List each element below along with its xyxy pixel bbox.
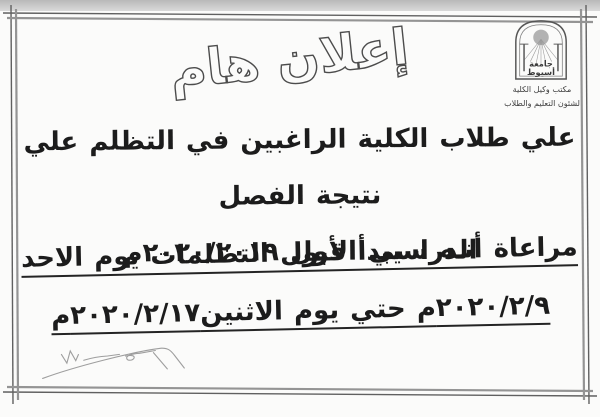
announcement-title-text: إعلان هام bbox=[167, 18, 411, 102]
paragraph-2-line-1: مراعاة أنـه سيبدأ قبول التظلمات يوم الاح… bbox=[21, 232, 578, 274]
logo-text-line2: أسيوط bbox=[527, 67, 555, 77]
university-logo-block: جامعة أسيوط مكتب وكيل الكلية لشئون التعل… bbox=[506, 13, 596, 113]
office-label: مكتب وكيل الكلية لشئون التعليم والطلاب bbox=[490, 83, 594, 111]
university-logo-icon: جامعة أسيوط bbox=[510, 15, 572, 81]
scanned-announcement-page: { "header": { "title": "إعلان هام", "log… bbox=[0, 0, 600, 417]
paragraph-1-line-1: علي طلاب الكلية الراغبين في التظلم علي ن… bbox=[17, 110, 582, 227]
handwritten-signature bbox=[31, 328, 224, 400]
office-label-line1: مكتب وكيل الكلية bbox=[490, 83, 594, 97]
paragraph-2: مراعاة أنـه سيبدأ قبول التظلمات يوم الاح… bbox=[17, 218, 583, 346]
paragraph-2-line-2: ٢٠٢٠/٢/٩م حتي يوم الاثنين٢٠٢٠/٢/١٧م bbox=[51, 291, 551, 331]
announcement-title: إعلان هام bbox=[118, 8, 463, 108]
